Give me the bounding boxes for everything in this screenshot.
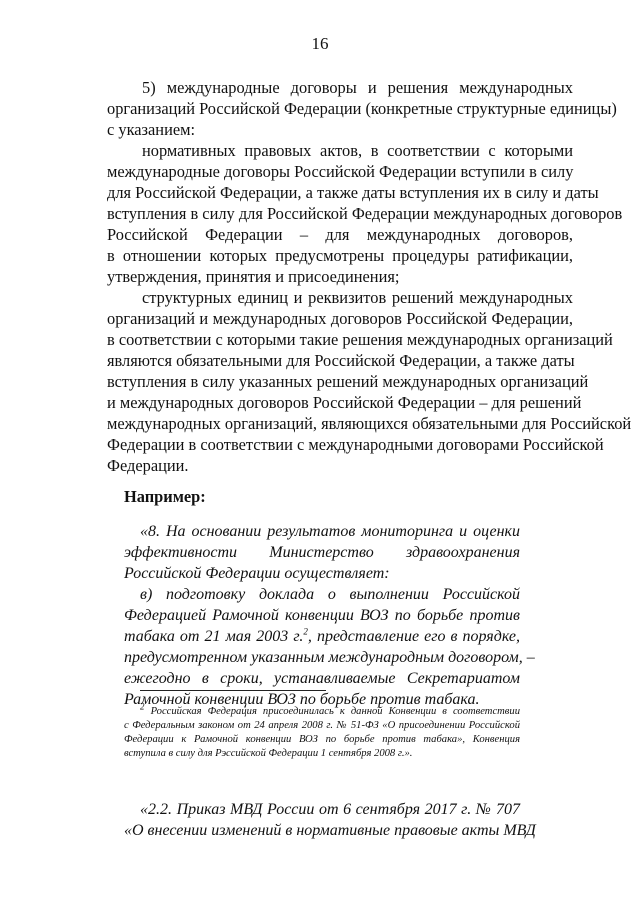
quote-line: Федерацией Рамочной конвенции ВОЗ по бор… (124, 606, 520, 626)
paragraph-line: Российской Федерации – для международных… (107, 225, 573, 245)
paragraph-line: для Российской Федерации, а также даты в… (107, 183, 573, 203)
paragraph-line: международных организаций, являющихся об… (107, 414, 573, 434)
quote-line: табака от 21 мая 2003 г.2, представление… (124, 627, 520, 647)
paragraph-line: нормативных правовых актов, в соответств… (142, 141, 573, 161)
quote-line: эффективности Министерство здравоохранен… (124, 543, 520, 563)
quote-line: «2.2. Приказ МВД России от 6 сентября 20… (140, 800, 520, 820)
page-number: 16 (0, 34, 640, 54)
example-heading: Например: (124, 487, 590, 507)
footnote-text: Российская Федерация присоединилась к да… (151, 706, 520, 717)
quote-line: предусмотренном указанным международным … (124, 648, 520, 668)
paragraph-line: с указанием: (107, 120, 573, 140)
paragraph-line: организаций и международных договоров Ро… (107, 309, 573, 329)
quote-line: «8. На основании результатов мониторинга… (140, 522, 520, 542)
paragraph-line: Федерации в соответствии с международным… (107, 435, 573, 455)
paragraph-line: вступления в силу указанных решений межд… (107, 372, 573, 392)
quote-line: в) подготовку доклада о выполнении Росси… (140, 585, 520, 605)
paragraph-line: и международных договоров Российской Фед… (107, 393, 573, 413)
paragraph-line: утверждения, принятия и присоединения; (107, 267, 573, 287)
paragraph-line: Федерации. (107, 456, 573, 476)
footnote-line: Федерации к Рамочной конвенции ВОЗ по бо… (124, 733, 520, 747)
paragraph-line: в отношении которых предусмотрены процед… (107, 246, 573, 266)
footnote-rule (140, 690, 326, 691)
footnote-line: 2 Российская Федерация присоединилась к … (140, 705, 520, 719)
document-page: 16 5) международные договоры и решения м… (0, 0, 640, 905)
paragraph-line: являются обязательными для Российской Фе… (107, 351, 573, 371)
paragraph-line: вступления в силу для Российской Федерац… (107, 204, 573, 224)
quote-text: , представление его в порядке, (308, 628, 520, 645)
footnote-marker: 2 (140, 701, 145, 711)
paragraph-line: организаций Российской Федерации (конкре… (107, 99, 573, 119)
paragraph-line: 5) международные договоры и решения межд… (142, 78, 573, 98)
paragraph-line: структурных единиц и реквизитов решений … (142, 288, 573, 308)
paragraph-line: международные договоры Российской Федера… (107, 162, 573, 182)
quote-line: «О внесении изменений в нормативные прав… (124, 821, 520, 841)
quote-line: Российской Федерации осуществляет: (124, 564, 520, 584)
quote-text: табака от 21 мая 2003 г. (124, 628, 303, 645)
footnote-line: с Федеральным законом от 24 апреля 2008 … (124, 719, 520, 733)
quote-line: ежегодно в сроки, устанавливаемые Секрет… (124, 669, 520, 689)
paragraph-line: в соответствии с которыми такие решения … (107, 330, 573, 350)
footnote-line: вступила в силу для Рэссийской Федерации… (124, 747, 520, 761)
